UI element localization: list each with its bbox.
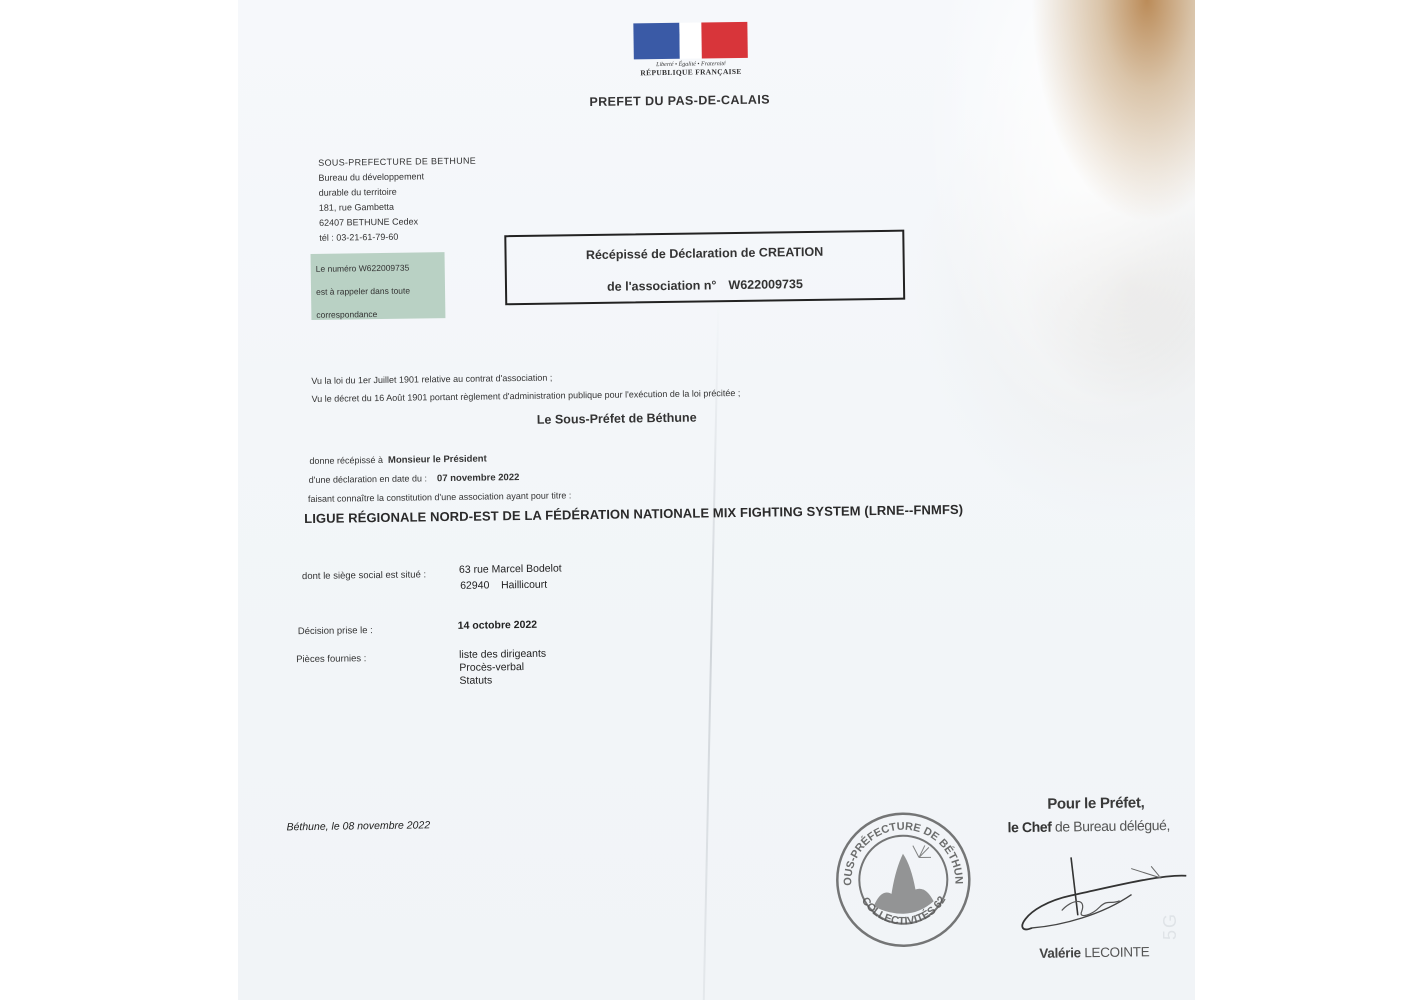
declaration-label: d'une déclaration en date du : [309, 473, 427, 485]
constitution-row: faisant connaître la constitution d'une … [308, 490, 572, 504]
documents-list: liste des dirigeants Procès-verbal Statu… [459, 648, 547, 688]
recipient-label: donne récépissé à [309, 455, 383, 466]
signer-name: Valérie LECOINTE [1039, 944, 1149, 961]
signature-title-rest: de Bureau délégué, [1051, 817, 1170, 835]
sender-address: SOUS-PREFECTURE DE BETHUNE Bureau du dév… [318, 154, 477, 246]
seat-address-line: 62940 Haillicourt [460, 578, 562, 592]
seat-label: dont le siège social est situé : [302, 569, 426, 582]
signer-first-name: Valérie [1039, 945, 1081, 961]
seat-address-line: 63 rue Marcel Bodelot [459, 562, 562, 576]
decision-label: Décision prise le : [298, 625, 373, 637]
signer-last-name: LECOINTE [1081, 944, 1150, 960]
reference-note: Le numéro W622009735 est à rappeler dans… [311, 252, 446, 320]
republic-logo: Liberté • Égalité • Fraternité RÉPUBLIQU… [633, 22, 748, 80]
signature-line-1: Pour le Préfet, [1047, 793, 1195, 812]
legal-preamble: Vu la loi du 1er Juillet 1901 relative a… [311, 366, 740, 408]
recipient-row: donne récépissé à Monsieur le Président [309, 454, 486, 467]
prefecture-heading: PREFET DU PAS-DE-CALAIS [589, 93, 770, 110]
document-page: Liberté • Égalité • Fraternité RÉPUBLIQU… [238, 0, 1195, 1000]
association-number-line: de l'association n°W622009735 [507, 276, 903, 296]
republic-name: RÉPUBLIQUE FRANÇAISE [634, 67, 748, 78]
association-number: W622009735 [728, 277, 803, 292]
reference-note-line: correspondance [316, 302, 440, 327]
sender-line: tél : 03-21-61-79-60 [319, 229, 477, 246]
document-item: Procès-verbal [459, 661, 546, 675]
authority-heading: Le Sous-Préfet de Béthune [537, 411, 697, 427]
reference-note-line: est à rappeler dans toute [316, 279, 440, 304]
documents-label: Pièces fournies : [296, 653, 366, 665]
paper-crease [703, 300, 720, 1000]
signature-line-2: le Chef de Bureau délégué, [1007, 816, 1195, 835]
official-stamp-icon: SOUS-PRÉFECTURE DE BÉTHUNE COLLECTIVITÉS… [832, 809, 974, 951]
seat-address: 63 rue Marcel Bodelot 62940 Haillicourt [459, 562, 562, 592]
place-and-date: Béthune, le 08 novembre 2022 [286, 819, 430, 833]
marianne-flag-icon [633, 22, 747, 60]
decision-date: 14 octobre 2022 [458, 619, 538, 633]
receipt-title-box: Récépissé de Déclaration de CREATION de … [504, 230, 905, 306]
declaration-date: 07 novembre 2022 [437, 472, 520, 484]
declaration-row: d'une déclaration en date du : 07 novemb… [309, 472, 520, 486]
sender-line: SOUS-PREFECTURE DE BETHUNE [318, 154, 476, 171]
signature-block: Pour le Préfet, le Chef de Bureau délégu… [1007, 793, 1195, 835]
document-item: liste des dirigeants [459, 648, 546, 662]
signature-title-bold: le Chef [1007, 819, 1051, 836]
camera-watermark: 5G [1160, 912, 1181, 940]
association-title: LIGUE RÉGIONALE NORD-EST DE LA FÉDÉRATIO… [304, 502, 963, 526]
receipt-title: Récépissé de Déclaration de CREATION [506, 244, 902, 264]
document-item: Statuts [459, 674, 546, 688]
reference-note-line: Le numéro W622009735 [316, 256, 440, 281]
association-number-label: de l'association n° [607, 278, 717, 294]
recipient-value: Monsieur le Président [388, 454, 487, 466]
